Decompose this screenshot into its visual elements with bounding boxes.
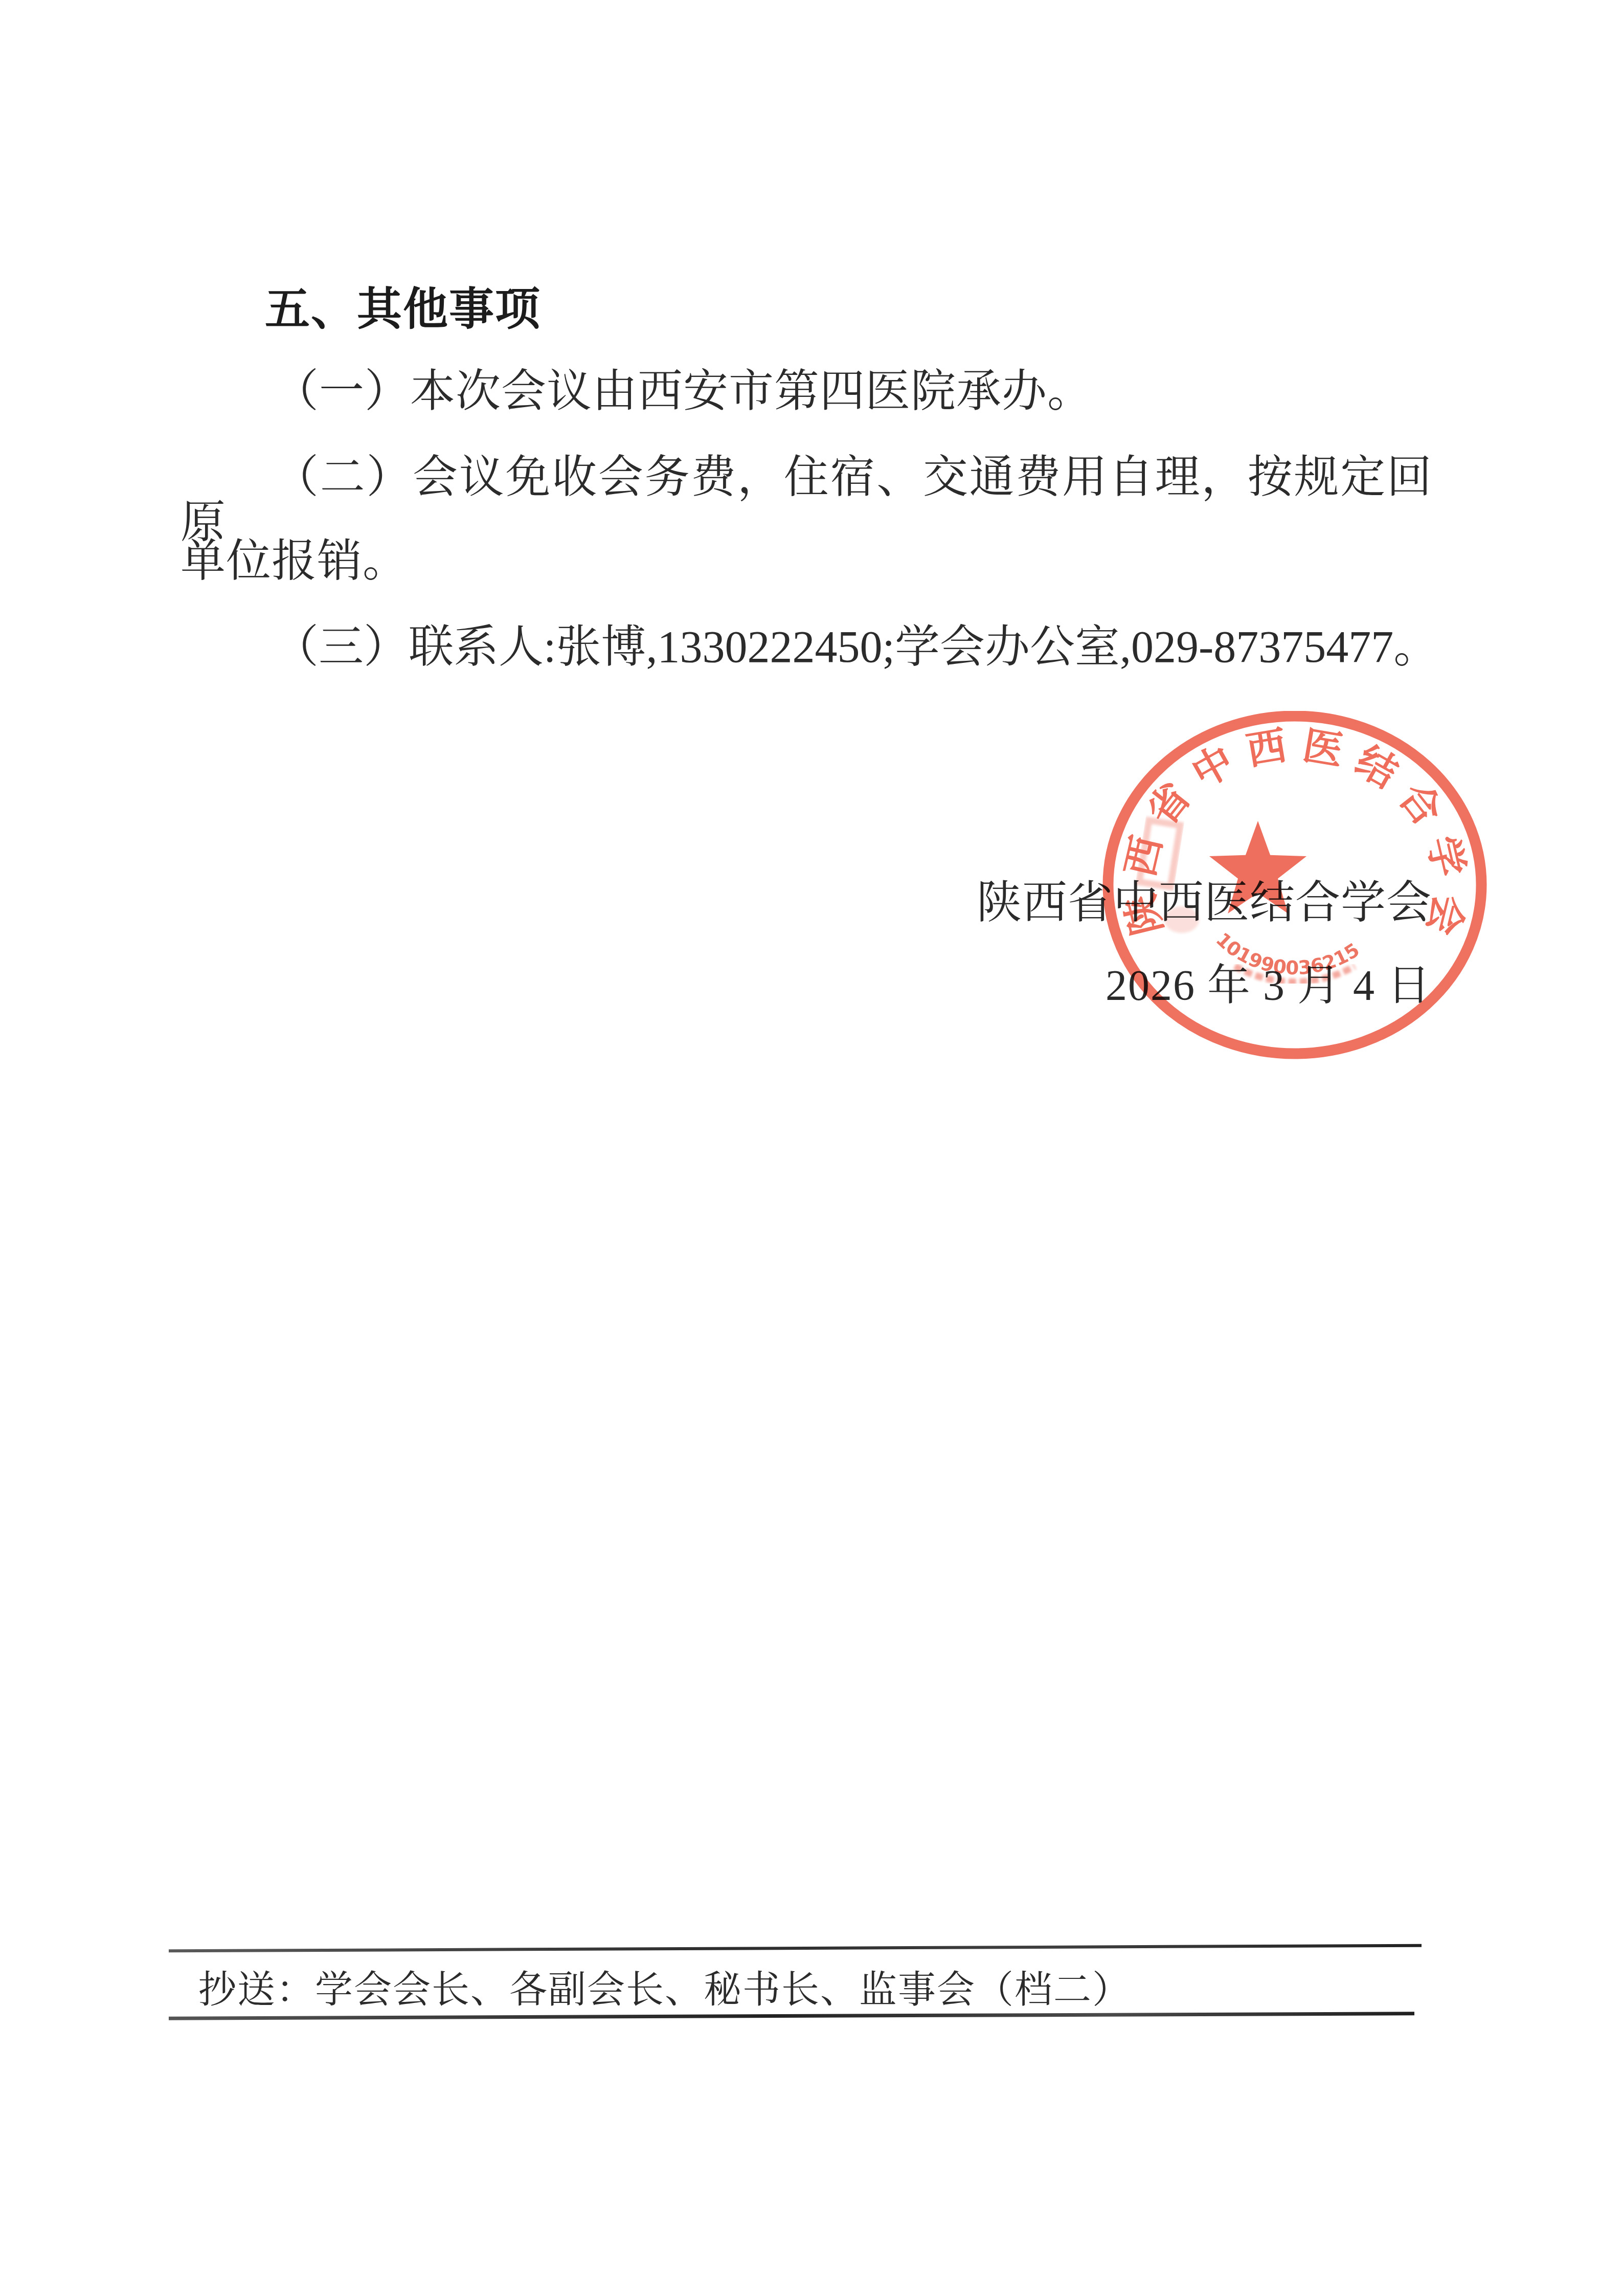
signature-organization: 陕西省中西医结合学会 bbox=[977, 881, 1432, 926]
body-line: （二）会议免收会务费，住宿、交通费用自理，按规定回原 bbox=[181, 455, 1432, 545]
footer-divider-bottom bbox=[169, 2012, 1414, 2020]
signature-date: 2026 年 3 月 4 日 bbox=[1106, 965, 1431, 1008]
section-heading: 五、其他事项 bbox=[265, 286, 541, 331]
cc-line: 抄送：学会会长、各副会长、秘书长、监事会（档二） bbox=[198, 1971, 1131, 2009]
body-line: （一）本次会议由西安市第四医院承办。 bbox=[181, 369, 1093, 414]
footer-divider-top bbox=[169, 1944, 1422, 1953]
body-line: （三）联系人:张博,1330222450;学会办公室,029-87375477。 bbox=[181, 625, 1438, 670]
body-line: 单位报销。 bbox=[181, 539, 408, 584]
document-page: 五、其他事项 （一）本次会议由西安市第四医院承办。 （二）会议免收会务费，住宿、… bbox=[0, 0, 1623, 2296]
